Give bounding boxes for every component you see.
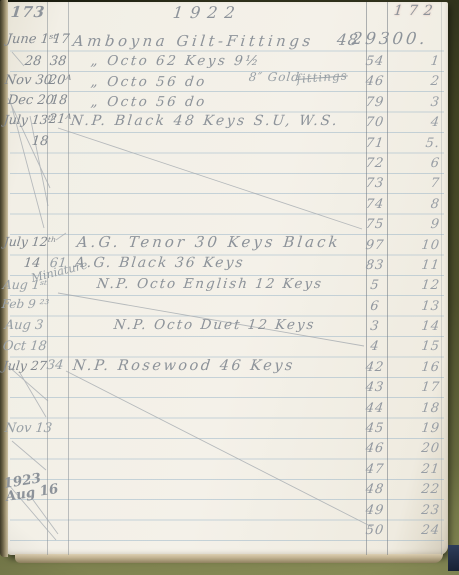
margin-col2-value: 34 <box>46 358 64 373</box>
margin-col2-value: 17 <box>52 32 70 47</box>
quantity-value: 97 <box>362 235 389 255</box>
serial-index-value: 17 <box>395 377 442 397</box>
serial-index-value: 3 <box>395 92 442 112</box>
entry-description: Amboyna Gilt-Fittings <box>72 32 315 50</box>
quantity-value: 71 <box>362 133 389 153</box>
serial-index-value: 7 <box>395 173 442 193</box>
entry-description: N.P. Rosewood 46 Keys <box>72 358 296 374</box>
entry-description: N.P. Black 48 Keys S.U, W.S. <box>70 113 340 129</box>
quantity-value: 79 <box>362 92 389 112</box>
quantity-value: 48 <box>362 479 389 499</box>
entry-description-addendum: 8″ Gold <box>248 70 301 84</box>
entry-description: N.P. Octo Duet 12 Keys <box>113 317 316 333</box>
entry-date: Nov 30 <box>4 73 53 88</box>
folio-number-stamp: 172 <box>393 3 439 19</box>
serial-index-value: 13 <box>395 296 442 316</box>
margin-col2-value: 21ᴬ <box>48 112 72 127</box>
quantity-value: 46 <box>362 438 389 458</box>
entry-description: „ Octo 56 do <box>90 94 208 110</box>
entry-date: Dec 20 <box>7 93 55 108</box>
serial-index-value: 20 <box>395 438 442 458</box>
entry-date: Oct 18 <box>2 339 47 354</box>
serial-index-value: 21 <box>395 459 442 479</box>
quantity-value: 42 <box>362 357 389 377</box>
quantity-value: 5 <box>362 275 389 295</box>
serial-index-value: 19 <box>395 418 442 438</box>
serial-index-value: 15 <box>395 336 442 356</box>
quantity-value: 6 <box>362 296 389 316</box>
quantity-value: 46 <box>362 71 389 91</box>
entry-date: June 1ˢᵗ <box>6 32 57 47</box>
entry-description: N.P. Octo English 12 Keys <box>96 276 324 292</box>
serial-index-column: 12345.6789101112131415161718192021222324 <box>396 51 443 540</box>
quantity-value: 75 <box>362 214 389 234</box>
quantity-value: 49 <box>362 500 389 520</box>
entry-description: „ Octo 62 Keys 9½ <box>90 53 262 69</box>
entry-description: „ Octo 56 do <box>90 74 208 90</box>
quantity-value: 4 <box>362 336 389 356</box>
quantity-value: 45 <box>362 418 389 438</box>
serial-start-number: 29300. <box>351 29 429 48</box>
entry-date: July 12ᵗʰ <box>3 234 57 249</box>
serial-index-value: 14 <box>395 316 442 336</box>
serial-index-value: 8 <box>395 194 442 214</box>
quantity-value: 44 <box>362 398 389 418</box>
entry-date: 28 <box>24 54 42 69</box>
serial-index-value: 18 <box>395 398 442 418</box>
margin-col2-value: 20ᴬ <box>48 73 72 88</box>
year-heading: 1922 <box>172 3 243 22</box>
serial-index-value: 6 <box>395 153 442 173</box>
serial-index-value: 22 <box>395 479 442 499</box>
serial-index-value: 12 <box>395 275 442 295</box>
book-cover-corner <box>448 545 459 571</box>
quantity-value: 73 <box>362 173 389 193</box>
quantity-value: 47 <box>362 459 389 479</box>
serial-index-value: 23 <box>395 500 442 520</box>
entry-date: Feb 9 ²³ <box>1 297 50 311</box>
entry-description: A.G. Black 36 Keys <box>74 255 245 271</box>
page-stack-edge <box>15 554 443 563</box>
serial-index-value: 2 <box>395 71 442 91</box>
serial-index-value: 24 <box>395 520 442 540</box>
serial-index-value: 5. <box>395 133 442 153</box>
entry-date: July 27 <box>2 358 48 373</box>
folio-number-ink: 173 <box>10 3 46 21</box>
quantity-value: 74 <box>362 194 389 214</box>
quantity-value: 83 <box>362 255 389 275</box>
serial-index-value: 10 <box>395 235 442 255</box>
quantity-value: 50 <box>362 520 389 540</box>
margin-col2-value: 38 <box>49 54 67 69</box>
quantity-value: 43 <box>362 377 389 397</box>
ledger-photo: 173 1922 172 June 1ˢᵗ 28 Nov 30 Dec 20 J… <box>0 0 459 575</box>
serial-index-value: 16 <box>395 357 442 377</box>
margin-col2-value: 18 <box>50 93 68 108</box>
entry-date: Aug 3 <box>4 318 44 333</box>
entry-description: A.G. Tenor 30 Keys Black <box>76 233 342 251</box>
quantity-value: 70 <box>362 112 389 132</box>
quantity-value: 72 <box>362 153 389 173</box>
quantity-value: 3 <box>362 316 389 336</box>
serial-index-value: 11 <box>395 255 442 275</box>
entry-date: 18 <box>31 134 49 149</box>
quantity-column: 5446797071727374759783563442434445464748… <box>363 51 387 540</box>
serial-index-value: 9 <box>395 214 442 234</box>
entry-date: Nov 13 <box>4 421 53 436</box>
serial-index-value: 4 <box>395 112 442 132</box>
quantity-value: 54 <box>362 51 389 71</box>
serial-index-value: 1 <box>395 51 442 71</box>
